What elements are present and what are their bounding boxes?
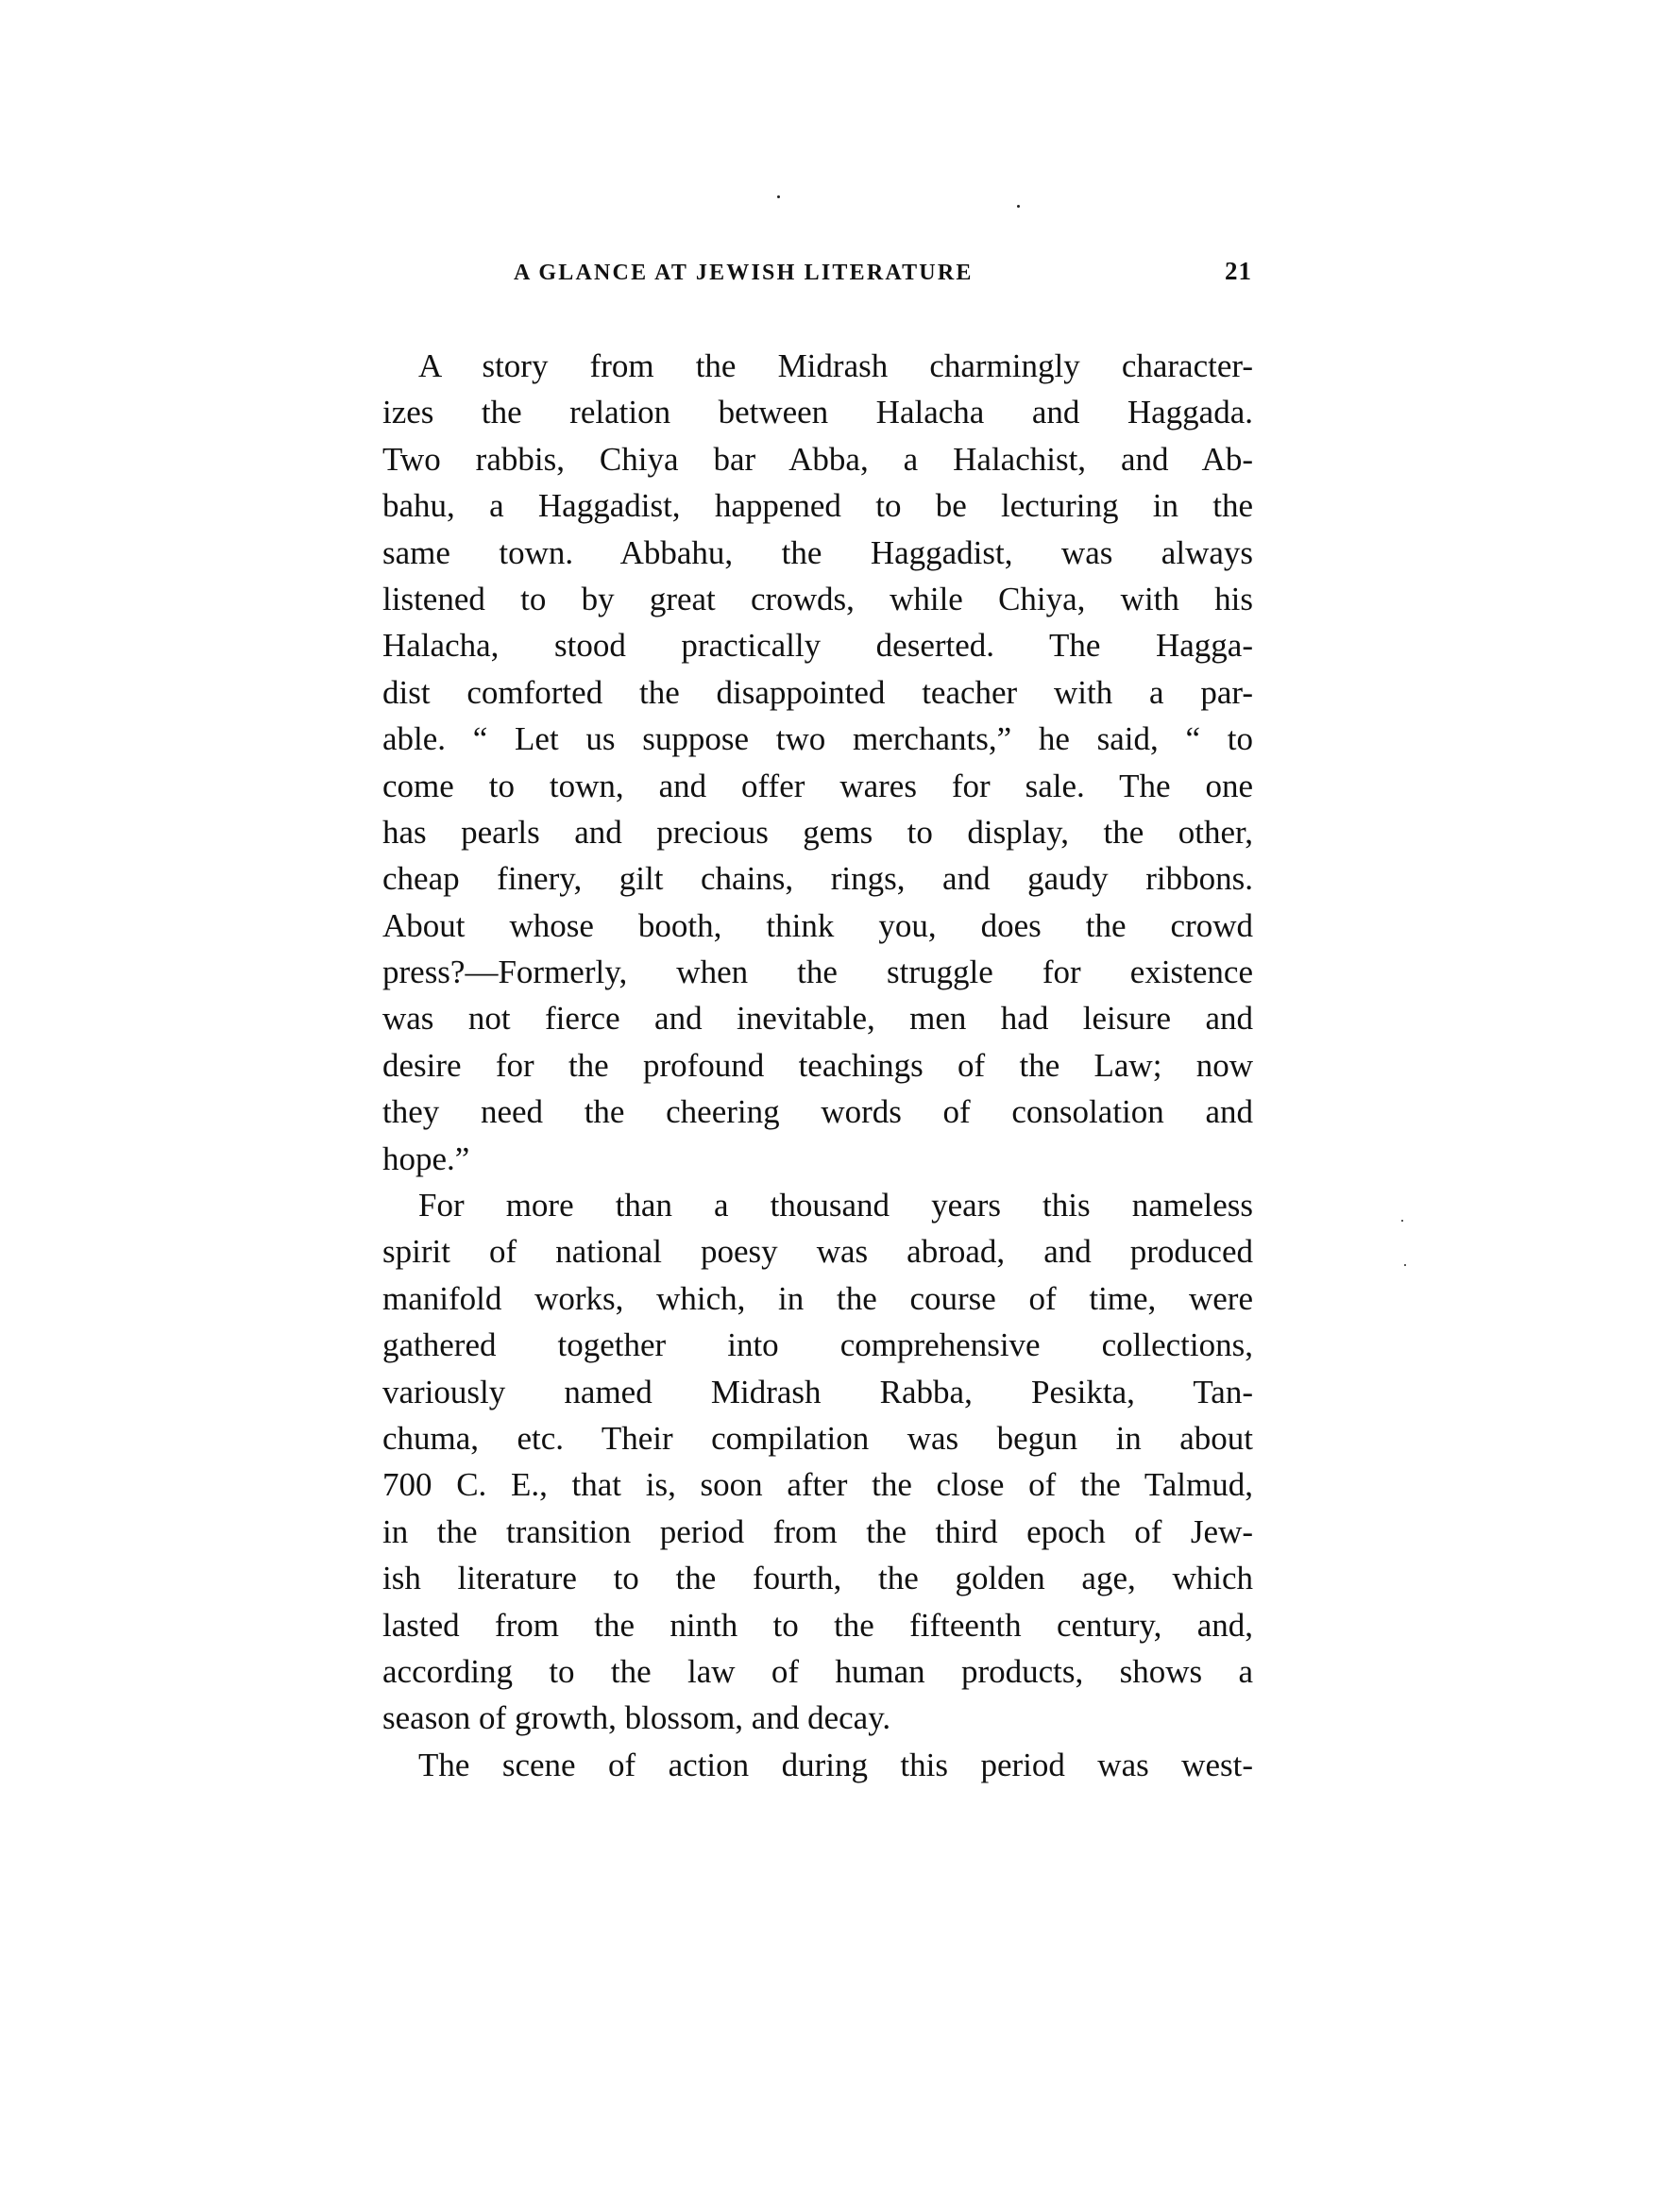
text-line: season of growth, blossom, and decay. — [382, 1695, 1253, 1741]
scan-speck — [1017, 205, 1020, 208]
page-number: 21 — [1225, 257, 1252, 286]
scan-speck — [1404, 1264, 1406, 1266]
text-line: come to town, and offer wares for sale. … — [382, 763, 1253, 809]
text-line: bahu, a Haggadist, happened to be lectur… — [382, 482, 1253, 529]
text-line: was not fierce and inevitable, men had l… — [382, 995, 1253, 1041]
running-head: A GLANCE AT JEWISH LITERATURE 21 — [514, 257, 1252, 295]
text-line: spirit of national poesy was abroad, and… — [382, 1228, 1253, 1275]
text-line: press?—Formerly, when the struggle for e… — [382, 949, 1253, 995]
text-line: dist comforted the disappointed teacher … — [382, 669, 1253, 716]
text-line: A story from the Midrash charmingly char… — [382, 343, 1253, 389]
paragraph-scene-of-action: The scene of action during this period w… — [382, 1742, 1253, 1788]
paragraph-midrash-collections: For more than a thousand years this name… — [382, 1182, 1253, 1742]
text-line: ish literature to the fourth, the golden… — [382, 1555, 1253, 1601]
text-line: For more than a thousand years this name… — [382, 1182, 1253, 1228]
text-line: listened to by great crowds, while Chiya… — [382, 576, 1253, 622]
text-line: 700 C. E., that is, soon after the close… — [382, 1461, 1253, 1508]
text-line: according to the law of human products, … — [382, 1648, 1253, 1695]
text-line: they need the cheering words of consolat… — [382, 1089, 1253, 1135]
text-line: cheap finery, gilt chains, rings, and ga… — [382, 855, 1253, 902]
text-line: variously named Midrash Rabba, Pesikta, … — [382, 1369, 1253, 1415]
text-line: The scene of action during this period w… — [382, 1742, 1253, 1788]
text-line: able. “ Let us suppose two merchants,” h… — [382, 716, 1253, 762]
text-line: in the transition period from the third … — [382, 1509, 1253, 1555]
text-line: hope.” — [382, 1136, 1253, 1182]
text-line: Two rabbis, Chiya bar Abba, a Halachist,… — [382, 436, 1253, 482]
running-title: A GLANCE AT JEWISH LITERATURE — [514, 261, 974, 286]
text-line: izes the relation between Halacha and Ha… — [382, 389, 1253, 435]
text-line: chuma, etc. Their compilation was begun … — [382, 1415, 1253, 1461]
scan-speck — [777, 195, 780, 198]
body-text: A story from the Midrash charmingly char… — [382, 343, 1253, 1788]
text-line: About whose booth, think you, does the c… — [382, 903, 1253, 949]
text-line: lasted from the ninth to the fifteenth c… — [382, 1602, 1253, 1648]
paragraph-midrash-story: A story from the Midrash charmingly char… — [382, 343, 1253, 1182]
text-line: same town. Abbahu, the Haggadist, was al… — [382, 530, 1253, 576]
text-line: desire for the profound teachings of the… — [382, 1042, 1253, 1089]
book-page: A GLANCE AT JEWISH LITERATURE 21 A story… — [0, 0, 1661, 2212]
text-line: gathered together into comprehensive col… — [382, 1322, 1253, 1368]
text-line: Halacha, stood practically deserted. The… — [382, 622, 1253, 668]
scan-speck — [1401, 1220, 1403, 1222]
text-line: manifold works, which, in the course of … — [382, 1275, 1253, 1322]
text-line: has pearls and precious gems to display,… — [382, 809, 1253, 855]
